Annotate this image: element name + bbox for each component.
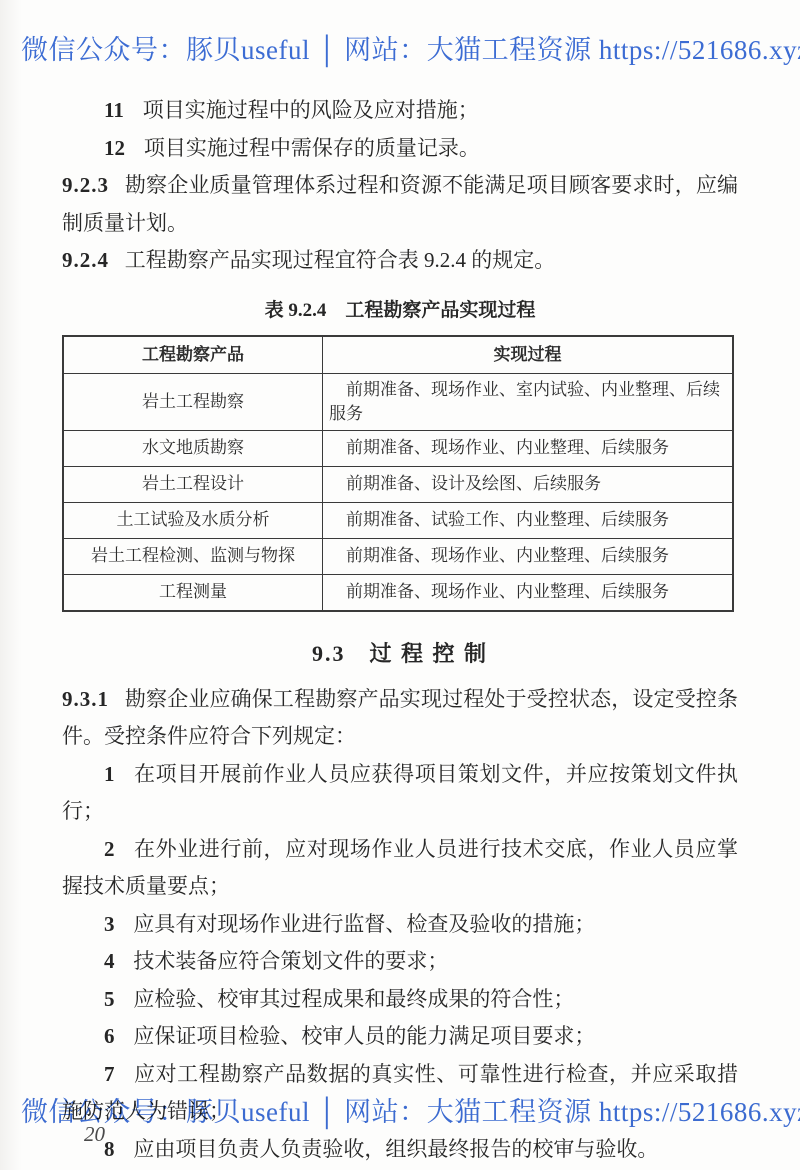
list-item-3: 3应具有对现场作业进行监督、检查及验收的措施； [62,906,738,944]
clause-number: 9.2.4 [62,248,125,272]
product-cell: 水文地质勘察 [63,430,323,466]
list-item-12: 12项目实施过程中需保存的质量记录。 [62,130,738,168]
process-cell: 前期准备、现场作业、内业整理、后续服务 [323,430,734,466]
page-content: 11项目实施过程中的风险及应对措施； 12项目实施过程中需保存的质量记录。 9.… [62,92,738,1168]
item-text: 应检验、校审其过程成果和最终成果的符合性； [133,987,574,1011]
process-cell: 前期准备、设计及绘图、后续服务 [323,466,734,502]
item-text: 项目实施过程中需保存的质量记录。 [144,136,480,160]
list-item-4: 4技术装备应符合策划文件的要求； [62,943,738,981]
clause-9-3-1: 9.3.1勘察企业应确保工程勘察产品实现过程处于受控状态，设定受控条件。受控条件… [62,681,738,756]
item-number: 4 [104,949,133,973]
item-number: 1 [104,762,133,786]
item-number: 2 [104,837,133,861]
document-page: 微信公众号：豚贝useful │ 网站：大猫工程资源 https://52168… [0,0,800,1170]
item-number: 11 [104,98,143,122]
section-heading-9-3: 9.3 过 程 控 制 [62,636,738,672]
item-number: 3 [104,912,133,936]
list-item-5: 5应检验、校审其过程成果和最终成果的符合性； [62,981,738,1019]
product-process-table: 工程勘察产品 实现过程 岩土工程勘察 前期准备、现场作业、室内试验、内业整理、后… [62,335,734,612]
item-text: 应具有对现场作业进行监督、检查及验收的措施； [133,912,595,936]
clause-number: 9.3.1 [62,687,125,711]
table-row: 工程测量 前期准备、现场作业、内业整理、后续服务 [63,574,733,611]
list-item-2: 2在外业进行前，应对现场作业人员进行技术交底，作业人员应掌握技术质量要点； [62,831,738,906]
process-cell: 前期准备、现场作业、内业整理、后续服务 [323,538,734,574]
clause-text: 勘察企业质量管理体系过程和资源不能满足项目顾客要求时，应编制质量计划。 [62,173,738,235]
process-cell: 前期准备、试验工作、内业整理、后续服务 [323,502,734,538]
list-item-1: 1在项目开展前作业人员应获得项目策划文件，并应按策划文件执行； [62,756,738,831]
item-number: 12 [104,136,144,160]
item-text: 技术装备应符合策划文件的要求； [133,949,448,973]
process-cell: 前期准备、现场作业、内业整理、后续服务 [323,574,734,611]
bottom-watermark: 微信公众号：豚贝useful │ 网站：大猫工程资源 https://52168… [21,1090,800,1129]
item-text: 项目实施过程中的风险及应对措施； [143,98,479,122]
product-cell: 土工试验及水质分析 [63,502,323,538]
table-row: 岩土工程设计 前期准备、设计及绘图、后续服务 [63,466,733,502]
product-cell: 岩土工程勘察 [63,373,323,430]
column-header-process: 实现过程 [323,336,734,374]
product-cell: 岩土工程检测、监测与物探 [63,538,323,574]
clause-9-2-4: 9.2.4工程勘察产品实现过程宜符合表 9.2.4 的规定。 [62,242,738,280]
product-cell: 工程测量 [63,574,323,611]
table-row: 水文地质勘察 前期准备、现场作业、内业整理、后续服务 [63,430,733,466]
table-title: 表 9.2.4 工程勘察产品实现过程 [62,296,738,326]
clause-9-2-3: 9.2.3勘察企业质量管理体系过程和资源不能满足项目顾客要求时，应编制质量计划。 [62,167,738,242]
item-text: 在项目开展前作业人员应获得项目策划文件，并应按策划文件执行； [62,762,738,824]
item-number: 8 [104,1137,133,1161]
item-number: 7 [104,1062,133,1086]
list-item-6: 6应保证项目检验、校审人员的能力满足项目要求； [62,1018,738,1056]
item-text: 应保证项目检验、校审人员的能力满足项目要求； [133,1024,595,1048]
item-number: 5 [104,987,133,1011]
item-text: 在外业进行前，应对现场作业人员进行技术交底，作业人员应掌握技术质量要点； [62,837,738,899]
clause-text: 勘察企业应确保工程勘察产品实现过程处于受控状态，设定受控条件。受控条件应符合下列… [62,687,738,749]
clause-number: 9.2.3 [62,173,125,197]
item-number: 6 [104,1024,133,1048]
list-item-8: 8应由项目负责人负责验收，组织最终报告的校审与验收。 [62,1131,738,1169]
table-row: 岩土工程检测、监测与物探 前期准备、现场作业、内业整理、后续服务 [63,538,733,574]
top-watermark: 微信公众号：豚贝useful │ 网站：大猫工程资源 https://52168… [21,28,800,67]
item-text: 应由项目负责人负责验收，组织最终报告的校审与验收。 [133,1137,658,1161]
table-row: 土工试验及水质分析 前期准备、试验工作、内业整理、后续服务 [63,502,733,538]
product-cell: 岩土工程设计 [63,466,323,502]
process-cell: 前期准备、现场作业、室内试验、内业整理、后续服务 [323,373,734,430]
column-header-product: 工程勘察产品 [63,336,323,374]
clause-text: 工程勘察产品实现过程宜符合表 9.2.4 的规定。 [125,248,556,272]
table-header-row: 工程勘察产品 实现过程 [63,336,733,374]
table-row: 岩土工程勘察 前期准备、现场作业、室内试验、内业整理、后续服务 [63,373,733,430]
list-item-11: 11项目实施过程中的风险及应对措施； [62,92,738,130]
